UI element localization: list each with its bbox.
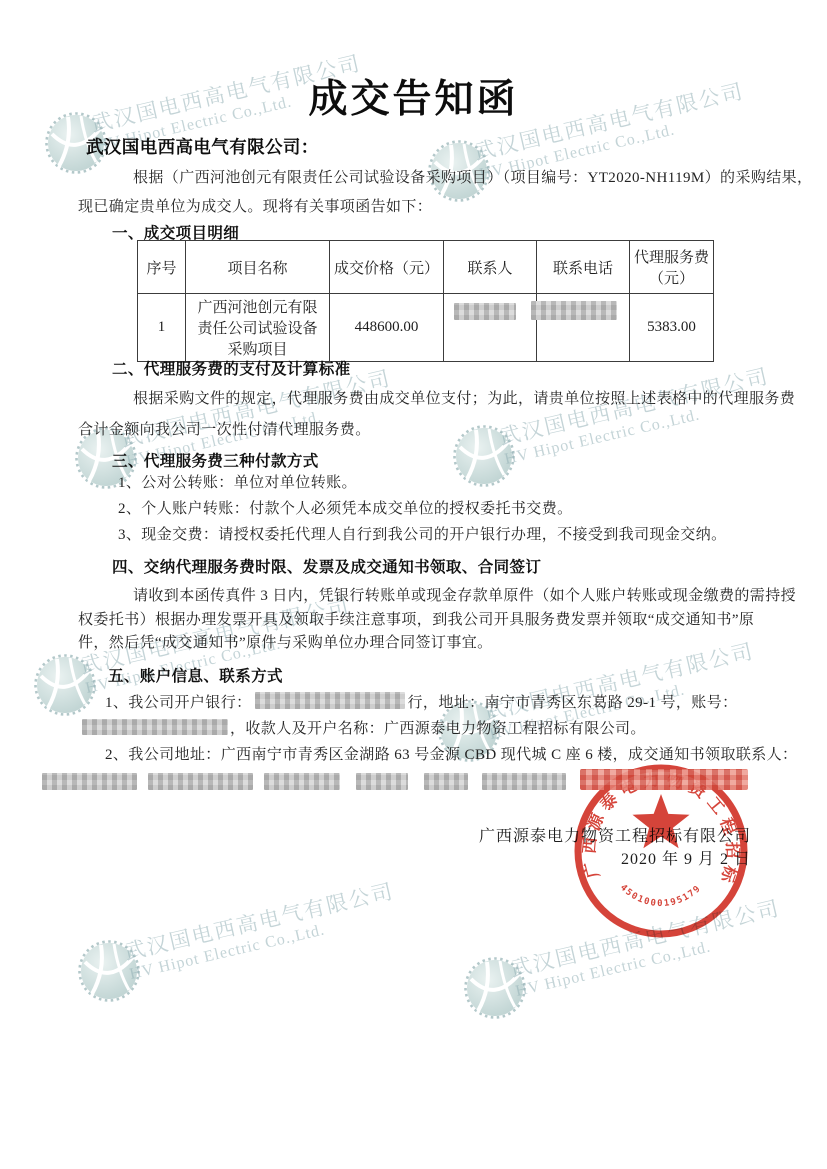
section5-item-1: 1、我公司开户银行：行，地址：南宁市青秀区东葛路 29-1 号，账号： — [105, 691, 738, 712]
redaction-contact-line-4 — [356, 773, 408, 790]
section4-line-3: 件，然后凭“成交通知书”原件与采购单位办理合同签订事宜。 — [78, 631, 493, 652]
section5-item-1-line2: ，收款人及开户名称：广西源泰电力物资工程招标有限公司。 — [82, 717, 646, 738]
section4-line-2: 权委托书）根据办理发票开具及领取手续注意事项，到我公司开具服务费发票并领取“成交… — [78, 608, 754, 629]
bank-line-suffix: 行，地址：南宁市青秀区东葛路 29-1 号，账号： — [408, 695, 738, 711]
section5-item-2: 2、我公司地址：广西南宁市青秀区金湖路 63 号金源 CBD 现代城 C 座 6… — [105, 743, 797, 764]
table-header-row: 序号 项目名称 成交价格（元） 联系人 联系电话 代理服务费（元） — [138, 241, 714, 294]
col-header-contact: 联系人 — [444, 241, 537, 294]
watermark: 武汉国电西高电气有限公司 HV Hipot Electric Co.,Ltd. — [453, 345, 823, 495]
section2-line-1: 根据采购文件的规定，代理服务费由成交单位支付；为此，请贵单位按照上述表格中的代理… — [133, 387, 795, 408]
col-header-price: 成交价格（元） — [330, 241, 444, 294]
redaction-contact-name — [454, 303, 516, 320]
seal-code-text: 4501000195179 — [618, 883, 704, 909]
section4-heading: 四、交纳代理服务费时限、发票及成交通知书领取、合同签订 — [112, 555, 541, 577]
seal-star-icon — [632, 794, 689, 848]
globe-logo-icon — [464, 957, 526, 1019]
intro-line-2: 现已确定贵单位为成交人。现将有关事项函告如下： — [78, 195, 432, 216]
redaction-contact-phone — [531, 301, 617, 320]
globe-logo-icon — [78, 940, 140, 1002]
section3-heading: 三、代理服务费三种付款方式 — [112, 449, 319, 471]
fee-header-unit: （元） — [649, 271, 694, 287]
redaction-contact-line-3 — [264, 773, 340, 790]
page-title: 成交告知函 — [0, 68, 827, 124]
cell-fee: 5383.00 — [630, 294, 714, 362]
seal-ring — [578, 768, 744, 934]
svg-text:4501000195179: 4501000195179 — [618, 883, 704, 909]
cell-price: 448600.00 — [330, 294, 444, 362]
section3-item-2: 2、个人账户转账：付款个人必须凭本成交单位的授权委托书交费。 — [118, 497, 573, 518]
intro-line-1: 根据（广西河池创元有限责任公司试验设备采购项目）（项目编号：YT2020-NH1… — [133, 166, 812, 187]
section2-line-2: 合计金额向我公司一次性付清代理服务费。 — [78, 418, 371, 439]
cell-project-name: 广西河池创元有限责任公司试验设备采购项目 — [186, 294, 330, 362]
watermark-company-cn: 武汉国电西高电气有限公司 — [481, 635, 757, 726]
section2-heading: 二、代理服务费的支付及计算标准 — [112, 357, 351, 379]
bank-line-prefix: 1、我公司开户银行： — [105, 695, 252, 711]
redaction-contact-line-over-seal — [580, 769, 748, 790]
section3-item-1: 1、公对公转账：单位对单位转账。 — [118, 471, 357, 492]
redaction-account-number — [82, 719, 228, 735]
redaction-contact-line-6 — [482, 773, 566, 790]
section5-heading: 五、账户信息、联系方式 — [108, 664, 283, 686]
col-header-phone: 联系电话 — [537, 241, 630, 294]
redaction-contact-line-1 — [42, 773, 137, 790]
section4-line-1: 请收到本函传真件 3 日内，凭银行转账单或现金存款单原件（如个人账户转账或现金缴… — [133, 584, 796, 605]
section3-item-3: 3、现金交费：请授权委托代理人自行到我公司的开户银行办理，不接受到我司现金交纳。 — [118, 523, 727, 544]
globe-logo-icon — [34, 654, 96, 716]
col-header-no: 序号 — [138, 241, 186, 294]
watermark: 武汉国电西高电气有限公司 HV Hipot Electric Co.,Ltd. — [78, 860, 448, 1010]
col-header-project: 项目名称 — [186, 241, 330, 294]
deal-detail-table: 序号 项目名称 成交价格（元） 联系人 联系电话 代理服务费（元） 1 广西河池… — [137, 240, 714, 362]
redaction-contact-line-2 — [148, 773, 253, 790]
col-header-fee: 代理服务费（元） — [630, 241, 714, 294]
globe-logo-icon — [453, 425, 515, 487]
addressee-line: 武汉国电西高电气有限公司： — [86, 134, 319, 159]
cell-no: 1 — [138, 294, 186, 362]
fee-header-text: 代理服务费 — [634, 250, 709, 266]
payee-line-text: ，收款人及开户名称：广西源泰电力物资工程招标有限公司。 — [230, 721, 646, 737]
table-row: 1 广西河池创元有限责任公司试验设备采购项目 448600.00 5383.00 — [138, 294, 714, 362]
letter-page: 武汉国电西高电气有限公司 HV Hipot Electric Co.,Ltd. … — [0, 0, 827, 1169]
watermark-company-en: HV Hipot Electric Co.,Ltd. — [128, 904, 401, 984]
watermark-company-cn: 武汉国电西高电气有限公司 — [121, 875, 397, 966]
redaction-bank-name — [255, 692, 405, 709]
redaction-contact-line-5 — [424, 773, 468, 790]
